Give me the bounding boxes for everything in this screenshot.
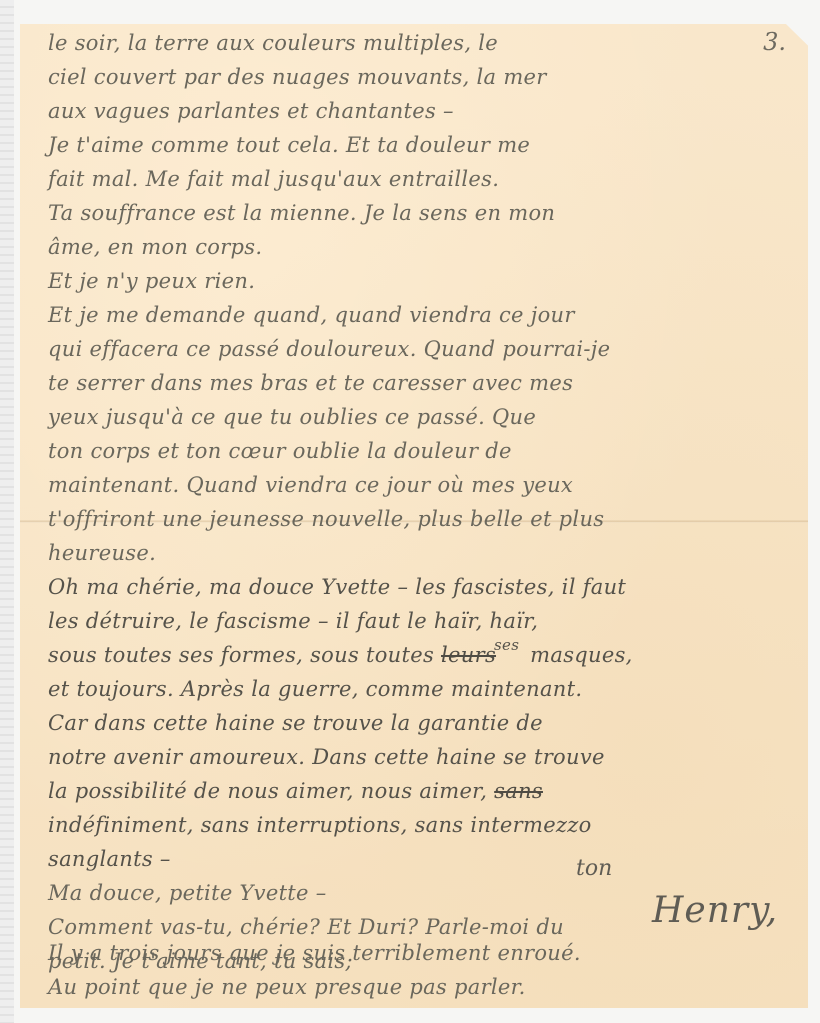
signature: Henry, — [652, 890, 778, 931]
text-segment: la possibilité de nous aimer, nous aimer… — [48, 779, 487, 803]
text-line: Et je n'y peux rien. — [48, 264, 794, 298]
text-line: le soir, la terre aux couleurs multiples… — [48, 26, 794, 60]
text-line: sanglants – — [48, 842, 794, 876]
text-line: Ta souffrance est la mienne. Je la sens … — [48, 196, 794, 230]
text-segment: masques, — [523, 643, 632, 667]
text-line: les détruire, le fascisme – il faut le h… — [48, 604, 794, 638]
text-line: Oh ma chérie, ma douce Yvette – les fasc… — [48, 570, 794, 604]
text-line: maintenant. Quand viendra ce jour où mes… — [48, 468, 794, 502]
text-line: ciel couvert par des nuages mouvants, la… — [48, 60, 794, 94]
text-line: t'offriront une jeunesse nouvelle, plus … — [48, 502, 794, 536]
text-line: et toujours. Après la guerre, comme main… — [48, 672, 794, 706]
text-line: te serrer dans mes bras et te caresser a… — [48, 366, 794, 400]
scanner-edge — [0, 0, 14, 1023]
text-line: indéfiniment, sans interruptions, sans i… — [48, 808, 794, 842]
text-line: ton corps et ton cœur oublie la douleur … — [48, 434, 794, 468]
text-line: Je t'aime comme tout cela. Et ta douleur… — [48, 128, 794, 162]
struck-word: leurs — [441, 643, 496, 667]
text-segment: sous toutes ses formes, sous toutes — [48, 643, 441, 667]
text-line: Car dans cette haine se trouve la garant… — [48, 706, 794, 740]
postscript: Il y a trois jours que je suis terriblem… — [48, 936, 794, 1004]
postscript-line: Il y a trois jours que je suis terriblem… — [48, 936, 794, 970]
text-line: fait mal. Me fait mal jusqu'aux entraill… — [48, 162, 794, 196]
text-line-with-correction: la possibilité de nous aimer, nous aimer… — [48, 774, 794, 808]
letter-page: 3. le soir, la terre aux couleurs multip… — [20, 24, 808, 1008]
text-line: aux vagues parlantes et chantantes – — [48, 94, 794, 128]
text-line: notre avenir amoureux. Dans cette haine … — [48, 740, 794, 774]
text-line: qui effacera ce passé douloureux. Quand … — [48, 332, 794, 366]
text-line: yeux jusqu'à ce que tu oublies ce passé.… — [48, 400, 794, 434]
text-line: âme, en mon corps. — [48, 230, 794, 264]
closing-word: ton — [576, 856, 612, 881]
closing-block: ton Henry, — [576, 856, 612, 881]
text-line: heureuse. — [48, 536, 794, 570]
inserted-word: ses — [494, 636, 519, 654]
struck-word: sans — [494, 779, 543, 803]
text-line-with-correction: sous toutes ses formes, sous toutes leur… — [48, 638, 794, 672]
postscript-line: Au point que je ne peux presque pas parl… — [48, 970, 794, 1004]
letter-body: le soir, la terre aux couleurs multiples… — [48, 26, 794, 978]
text-line: Et je me demande quand, quand viendra ce… — [48, 298, 794, 332]
